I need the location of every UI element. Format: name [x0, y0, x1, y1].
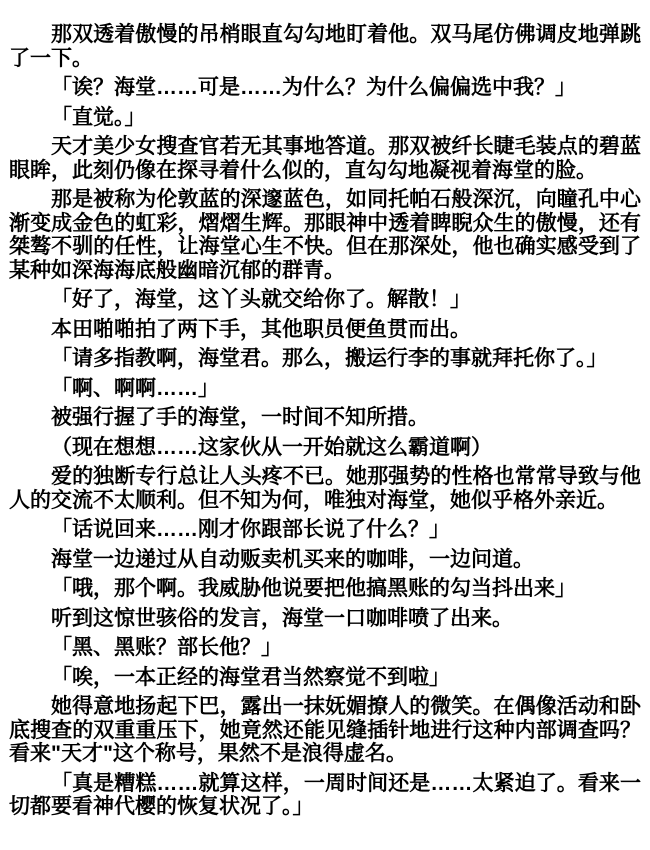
- paragraph: 「啊、啊啊……」: [9, 377, 641, 401]
- paragraph: 海堂一边递过从自动贩卖机买来的咖啡，一边问道。: [9, 548, 641, 572]
- paragraph: 被强行握了手的海堂，一时间不知所措。: [9, 406, 641, 430]
- paragraph: 她得意地扬起下巴，露出一抹妩媚撩人的微笑。在偶像活动和卧底搜查的双重重压下，她竟…: [9, 695, 641, 766]
- paragraph: 「直觉。」: [9, 106, 641, 130]
- paragraph: 爱的独断专行总让人头疼不已。她那强势的性格也常常导致与他人的交流不太顺利。但不知…: [9, 465, 641, 512]
- paragraph: 「唉，一本正经的海堂君当然察觉不到啦」: [9, 666, 641, 690]
- paragraph: 「真是糟糕……就算这样，一周时间还是……太紧迫了。看来一切都要看神代樱的恢复状况…: [9, 772, 641, 819]
- paragraph: 「哦，那个啊。我威胁他说要把他搞黑账的勾当抖出来」: [9, 577, 641, 601]
- paragraph: 「黑、黑账？部长他？」: [9, 636, 641, 660]
- paragraph: 那双透着傲慢的吊梢眼直勾勾地盯着他。双马尾仿佛调皮地弹跳了一下。: [9, 23, 641, 70]
- paragraph: 那是被称为伦敦蓝的深邃蓝色，如同托帕石般深沉，向瞳孔中心渐变成金色的虹彩，熠熠生…: [9, 188, 641, 282]
- paragraph: 「话说回来……刚才你跟部长说了什么？」: [9, 518, 641, 542]
- paragraph: （现在想想……这家伙从一开始就这么霸道啊）: [9, 436, 641, 460]
- paragraph: 「诶？海堂……可是……为什么？为什么偏偏选中我？」: [9, 76, 641, 100]
- novel-text-page: 那双透着傲慢的吊梢眼直勾勾地盯着他。双马尾仿佛调皮地弹跳了一下。 「诶？海堂………: [0, 0, 650, 850]
- paragraph: 听到这惊世骇俗的发言，海堂一口咖啡喷了出来。: [9, 607, 641, 631]
- paragraph: 天才美少女搜查官若无其事地答道。那双被纤长睫毛装点的碧蓝眼眸，此刻仍像在探寻着什…: [9, 135, 641, 182]
- paragraph: 「请多指教啊，海堂君。那么，搬运行李的事就拜托你了。」: [9, 347, 641, 371]
- paragraph: 「好了，海堂，这丫头就交给你了。解散！」: [9, 288, 641, 312]
- paragraph: 本田啪啪拍了两下手，其他职员便鱼贯而出。: [9, 318, 641, 342]
